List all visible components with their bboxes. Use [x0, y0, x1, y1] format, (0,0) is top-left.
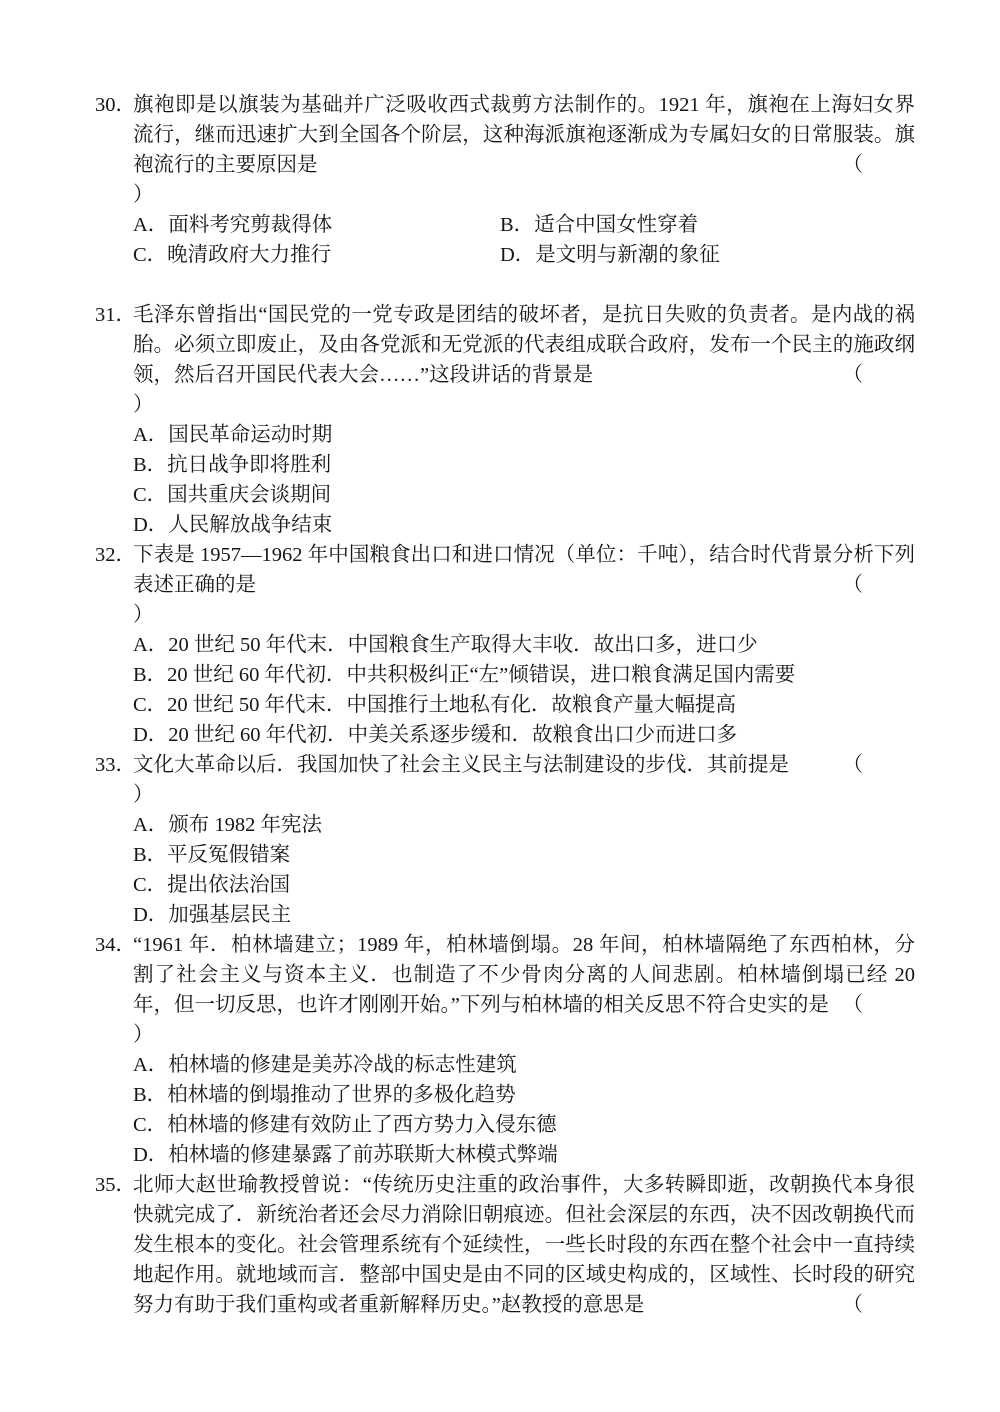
question-34-number: 34． [95, 930, 136, 960]
answer-bracket-close: ） [133, 390, 915, 420]
question-31-number: 31． [95, 300, 136, 330]
question-31-stem: 毛泽东曾指出“国民党的一党专政是团结的破坏者，是抗日失败的负责者。是内战的祸胎。… [133, 300, 915, 390]
question-30-stem: 旗袍即是以旗装为基础并广泛吸收西式裁剪方法制作的。1921 年，旗袍在上海妇女界… [133, 90, 915, 180]
answer-bracket-open: （ [843, 570, 864, 600]
answer-bracket-close: ） [133, 180, 915, 210]
question-31-option-a: A．国民革命运动时期 [133, 420, 915, 450]
answer-bracket-close: ） [133, 600, 915, 630]
question-31: 31． 毛泽东曾指出“国民党的一党专政是团结的破坏者，是抗日失败的负责者。是内战… [0, 300, 1000, 540]
question-32-options: A．20 世纪 50 年代末．中国粮食生产取得大丰收．故出口多，进口少 B．20… [133, 630, 915, 750]
question-33-option-c: C．提出依法治国 [133, 870, 915, 900]
question-33-number: 33． [95, 750, 136, 780]
question-32-option-c: C．20 世纪 50 年代末．中国推行土地私有化．故粮食产量大幅提高 [133, 690, 915, 720]
question-33-option-a: A．颁布 1982 年宪法 [133, 810, 915, 840]
answer-bracket-close: ） [133, 1020, 915, 1050]
question-35-body: 北师大赵世瑜教授曾说：“传统历史注重的政治事件，大多转瞬即逝，改朝换代本身很快就… [133, 1170, 915, 1320]
question-31-body: 毛泽东曾指出“国民党的一党专政是团结的破坏者，是抗日失败的负责者。是内战的祸胎。… [133, 300, 915, 540]
question-34-option-b: B．柏林墙的倒塌推动了世界的多极化趋势 [133, 1080, 915, 1110]
question-33-body: 文化大革命以后．我国加快了社会主义民主与法制建设的步伐．其前提是（ ） A．颁布… [133, 750, 915, 930]
question-32-option-a: A．20 世纪 50 年代末．中国粮食生产取得大丰收．故出口多，进口少 [133, 630, 915, 660]
question-30-option-b: B．适合中国女性穿着 [500, 210, 915, 240]
question-31-stem-text: 毛泽东曾指出“国民党的一党专政是团结的破坏者，是抗日失败的负责者。是内战的祸胎。… [133, 304, 915, 386]
question-34-options: A．柏林墙的修建是美苏冷战的标志性建筑 B．柏林墙的倒塌推动了世界的多极化趋势 … [133, 1050, 915, 1170]
question-30-body: 旗袍即是以旗装为基础并广泛吸收西式裁剪方法制作的。1921 年，旗袍在上海妇女界… [133, 90, 915, 270]
question-31-option-b: B．抗日战争即将胜利 [133, 450, 915, 480]
question-31-option-d: D．人民解放战争结束 [133, 510, 915, 540]
question-30-option-a: A．面料考究剪裁得体 [133, 210, 500, 240]
question-32-number: 32． [95, 540, 136, 570]
question-30-option-d: D．是文明与新潮的象征 [500, 240, 915, 270]
question-32: 32． 下表是 1957—1962 年中国粮食出口和进口情况（单位：千吨），结合… [0, 540, 1000, 750]
question-33-stem: 文化大革命以后．我国加快了社会主义民主与法制建设的步伐．其前提是（ [133, 750, 915, 780]
question-34-option-a: A．柏林墙的修建是美苏冷战的标志性建筑 [133, 1050, 915, 1080]
question-32-body: 下表是 1957—1962 年中国粮食出口和进口情况（单位：千吨），结合时代背景… [133, 540, 915, 750]
question-34-option-d: D．柏林墙的修建暴露了前苏联斯大林模式弊端 [133, 1140, 915, 1170]
question-30-options: A．面料考究剪裁得体 B．适合中国女性穿着 C．晚清政府大力推行 D．是文明与新… [133, 210, 915, 270]
answer-bracket-open: （ [843, 150, 864, 180]
question-33-stem-text: 文化大革命以后．我国加快了社会主义民主与法制建设的步伐．其前提是 [133, 754, 789, 776]
question-31-option-c: C．国共重庆会谈期间 [133, 480, 915, 510]
question-33-option-b: B．平反冤假错案 [133, 840, 915, 870]
question-33: 33． 文化大革命以后．我国加快了社会主义民主与法制建设的步伐．其前提是（ ） … [0, 750, 1000, 930]
question-35-stem-text: 北师大赵世瑜教授曾说：“传统历史注重的政治事件，大多转瞬即逝，改朝换代本身很快就… [133, 1174, 915, 1316]
question-32-option-d: D．20 世纪 60 年代初．中美关系逐步缓和．故粮食出口少而进口多 [133, 720, 915, 750]
question-34-option-c: C．柏林墙的修建有效防止了西方势力入侵东德 [133, 1110, 915, 1140]
answer-bracket-close: ） [133, 780, 915, 810]
exam-page: 30． 旗袍即是以旗装为基础并广泛吸收西式裁剪方法制作的。1921 年，旗袍在上… [0, 0, 1000, 1412]
question-34-stem-text: “1961 年．柏林墙建立；1989 年，柏林墙倒塌。28 年间，柏林墙隔绝了东… [133, 934, 915, 1016]
answer-bracket-open: （ [843, 750, 864, 780]
question-30-stem-text: 旗袍即是以旗装为基础并广泛吸收西式裁剪方法制作的。1921 年，旗袍在上海妇女界… [133, 94, 915, 176]
question-32-stem-text: 下表是 1957—1962 年中国粮食出口和进口情况（单位：千吨），结合时代背景… [133, 544, 915, 596]
question-34: 34． “1961 年．柏林墙建立；1989 年，柏林墙倒塌。28 年间，柏林墙… [0, 930, 1000, 1170]
question-33-options: A．颁布 1982 年宪法 B．平反冤假错案 C．提出依法治国 D．加强基层民主 [133, 810, 915, 930]
answer-bracket-open: （ [843, 360, 864, 390]
question-30: 30． 旗袍即是以旗装为基础并广泛吸收西式裁剪方法制作的。1921 年，旗袍在上… [0, 90, 1000, 270]
question-30-option-c: C．晚清政府大力推行 [133, 240, 500, 270]
question-30-number: 30． [95, 90, 136, 120]
question-35: 35． 北师大赵世瑜教授曾说：“传统历史注重的政治事件，大多转瞬即逝，改朝换代本… [0, 1170, 1000, 1320]
answer-bracket-open: （ [843, 1290, 864, 1320]
question-35-number: 35． [95, 1170, 136, 1200]
question-34-stem: “1961 年．柏林墙建立；1989 年，柏林墙倒塌。28 年间，柏林墙隔绝了东… [133, 930, 915, 1020]
question-31-options: A．国民革命运动时期 B．抗日战争即将胜利 C．国共重庆会谈期间 D．人民解放战… [133, 420, 915, 540]
question-34-body: “1961 年．柏林墙建立；1989 年，柏林墙倒塌。28 年间，柏林墙隔绝了东… [133, 930, 915, 1170]
question-32-option-b: B．20 世纪 60 年代初．中共积极纠正“左”倾错误，进口粮食满足国内需要 [133, 660, 915, 690]
question-35-stem: 北师大赵世瑜教授曾说：“传统历史注重的政治事件，大多转瞬即逝，改朝换代本身很快就… [133, 1170, 915, 1320]
question-32-stem: 下表是 1957—1962 年中国粮食出口和进口情况（单位：千吨），结合时代背景… [133, 540, 915, 600]
question-33-option-d: D．加强基层民主 [133, 900, 915, 930]
answer-bracket-open: （ [843, 990, 864, 1020]
